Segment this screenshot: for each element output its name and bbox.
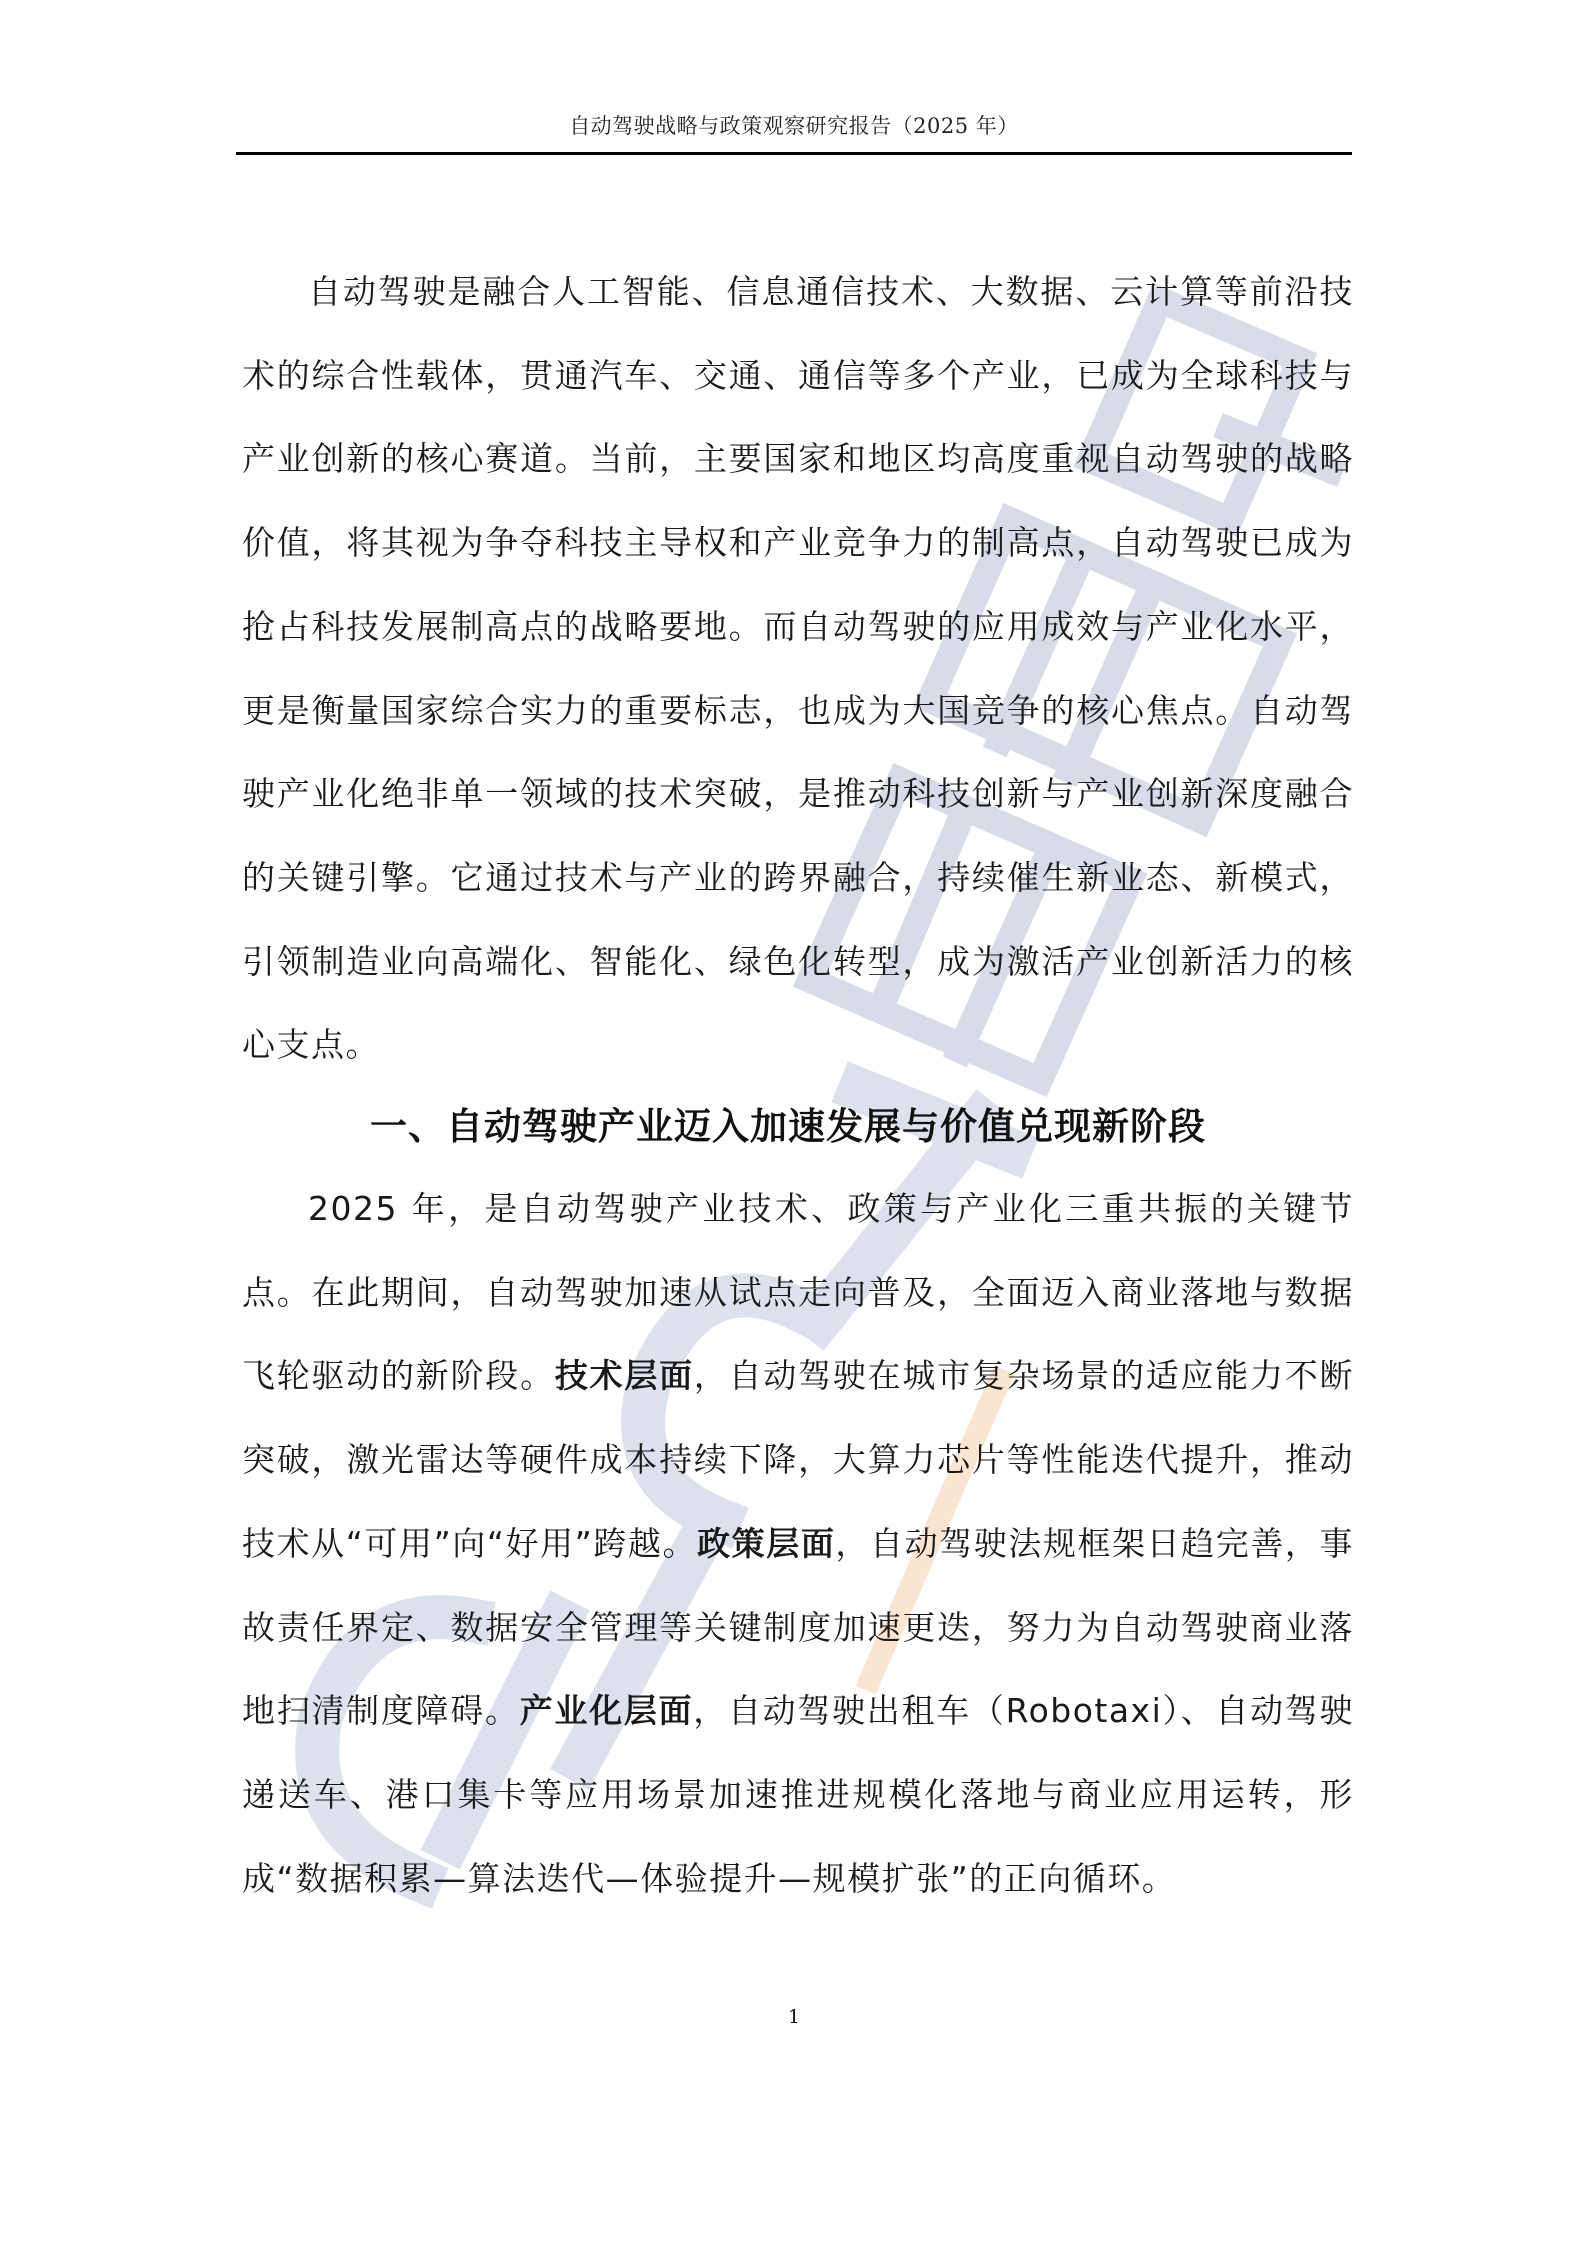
bold-term-industrialization: 产业化层面 — [520, 1691, 694, 1730]
paragraph-intro: 自动驾驶是融合人工智能、信息通信技术、大数据、云计算等前沿技术的综合性载体，贯通… — [242, 250, 1354, 1087]
document-page: 自动驾驶战略与政策观察研究报告（2025 年） — [0, 0, 1588, 2245]
paragraph-2025-stage: 2025 年，是自动驾驶产业技术、政策与产业化三重共振的关键节点。在此期间，自动… — [242, 1167, 1354, 1920]
bold-term-technology: 技术层面 — [555, 1356, 694, 1395]
page-number: 1 — [0, 2006, 1588, 2028]
body-text: 自动驾驶是融合人工智能、信息通信技术、大数据、云计算等前沿技术的综合性载体，贯通… — [242, 250, 1354, 1920]
header-rule — [236, 152, 1352, 155]
section-heading: 一、自动驾驶产业迈入加速发展与价值兑现新阶段 — [242, 1087, 1354, 1167]
bold-term-policy: 政策层面 — [697, 1524, 835, 1563]
running-header: 自动驾驶战略与政策观察研究报告（2025 年） — [236, 110, 1352, 140]
